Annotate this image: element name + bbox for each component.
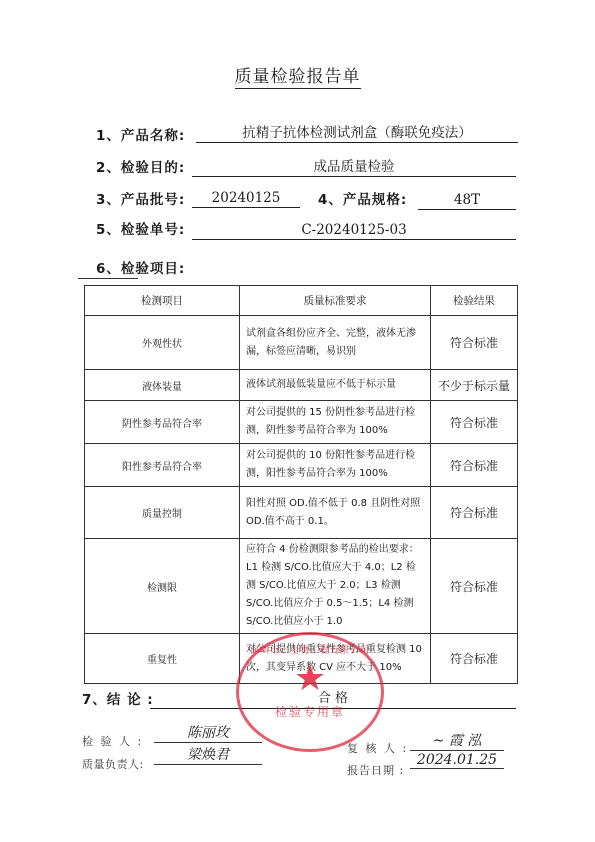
- reviewer-signature: ~ 霞 泓: [410, 730, 504, 751]
- row-standard: 应符合 4 份检测限参考品的检出要求：L1 检测 S/CO.比值应大于 4.0；…: [240, 539, 431, 634]
- conclusion-label: 7、结 论 :: [82, 688, 154, 708]
- report-date-value: 2024.01.25: [410, 752, 504, 769]
- header-item: 检测项目: [85, 286, 240, 316]
- batch-value: 20240125: [192, 189, 300, 208]
- table-row: 阳性参考品符合率 对公司提供的 10 份阳性参考品进行检测，阳性参考品符合率为 …: [85, 444, 518, 487]
- table-row: 外观性状 试剂盒各组份应齐全、完整，液体无渗漏，标签应清晰，易识别 符合标准: [85, 316, 518, 370]
- report-date-label: 报告日期 :: [347, 762, 404, 778]
- row-standard: 对公司提供的 15 份阴性参考品进行检测，阴性参考品符合率为 100%: [240, 401, 431, 444]
- row-result: 不少于标示量: [431, 370, 518, 401]
- table-row: 检测限 应符合 4 份检测限参考品的检出要求：L1 检测 S/CO.比值应大于 …: [85, 539, 518, 634]
- row-result: 符合标准: [431, 634, 518, 684]
- row-result: 符合标准: [431, 316, 518, 370]
- star-icon: ★: [239, 661, 381, 697]
- row-item: 检测限: [85, 539, 240, 634]
- row-result: 符合标准: [431, 539, 518, 634]
- inspector-label: 检 验 人 :: [82, 733, 143, 749]
- table-row: 液体装量 液体试剂最低装量应不低于标示量 不少于标示量: [85, 370, 518, 401]
- stamp-company-text: 深圳市…生物工程有限公司: [239, 643, 381, 656]
- reviewer-label: 复 核 人 :: [347, 740, 408, 756]
- spec-label: 4、产品规格:: [318, 188, 407, 208]
- row-standard: 阳性对照 OD.值不低于 0.8 且阴性对照 OD.值不高于 0.1。: [240, 487, 431, 539]
- table-row: 质量控制 阳性对照 OD.值不低于 0.8 且阴性对照 OD.值不高于 0.1。…: [85, 487, 518, 539]
- header-result: 检验结果: [431, 286, 518, 316]
- row-item: 重复性: [85, 634, 240, 684]
- report-no-label: 5、检验单号:: [96, 218, 185, 238]
- row-standard: 试剂盒各组份应齐全、完整，液体无渗漏，标签应清晰，易识别: [240, 316, 431, 370]
- product-name-value: 抗精子抗体检测试剂盒（酶联免疫法）: [196, 124, 518, 143]
- row-standard: 液体试剂最低装量应不低于标示量: [240, 370, 431, 401]
- quality-manager-signature: 梁焕君: [154, 744, 262, 765]
- row-item: 外观性状: [85, 316, 240, 370]
- row-item: 液体装量: [85, 370, 240, 401]
- row-standard: 对公司提供的 10 份阳性参考品进行检测，阳性参考品符合率为 100%: [240, 444, 431, 487]
- purpose-label: 2、检验目的:: [96, 156, 185, 176]
- row-item: 阳性参考品符合率: [85, 444, 240, 487]
- product-name-label: 1、产品名称:: [96, 124, 185, 144]
- table-row: 阴性参考品符合率 对公司提供的 15 份阴性参考品进行检测，阴性参考品符合率为 …: [85, 401, 518, 444]
- quality-manager-label: 质量负责人:: [82, 756, 144, 772]
- header-standard: 质量标准要求: [240, 286, 431, 316]
- row-item: 质量控制: [85, 487, 240, 539]
- batch-label: 3、产品批号:: [96, 188, 185, 208]
- row-result: 符合标准: [431, 444, 518, 487]
- row-result: 符合标准: [431, 487, 518, 539]
- document-title: 质量检验报告单: [0, 62, 595, 87]
- row-item: 阴性参考品符合率: [85, 401, 240, 444]
- inspection-table: 检测项目 质量标准要求 检验结果 外观性状 试剂盒各组份应齐全、完整，液体无渗漏…: [84, 285, 518, 684]
- report-no-value: C-20240125-03: [192, 221, 516, 240]
- inspector-signature: 陈丽玫: [154, 722, 262, 743]
- items-underline: [78, 278, 138, 279]
- items-label: 6、检验项目:: [96, 257, 185, 277]
- table-header-row: 检测项目 质量标准要求 检验结果: [85, 286, 518, 316]
- purpose-value: 成品质量检验: [192, 158, 516, 177]
- stamp-bottom-text: 检验专用章: [239, 703, 381, 720]
- spec-value: 48T: [418, 191, 516, 210]
- row-result: 符合标准: [431, 401, 518, 444]
